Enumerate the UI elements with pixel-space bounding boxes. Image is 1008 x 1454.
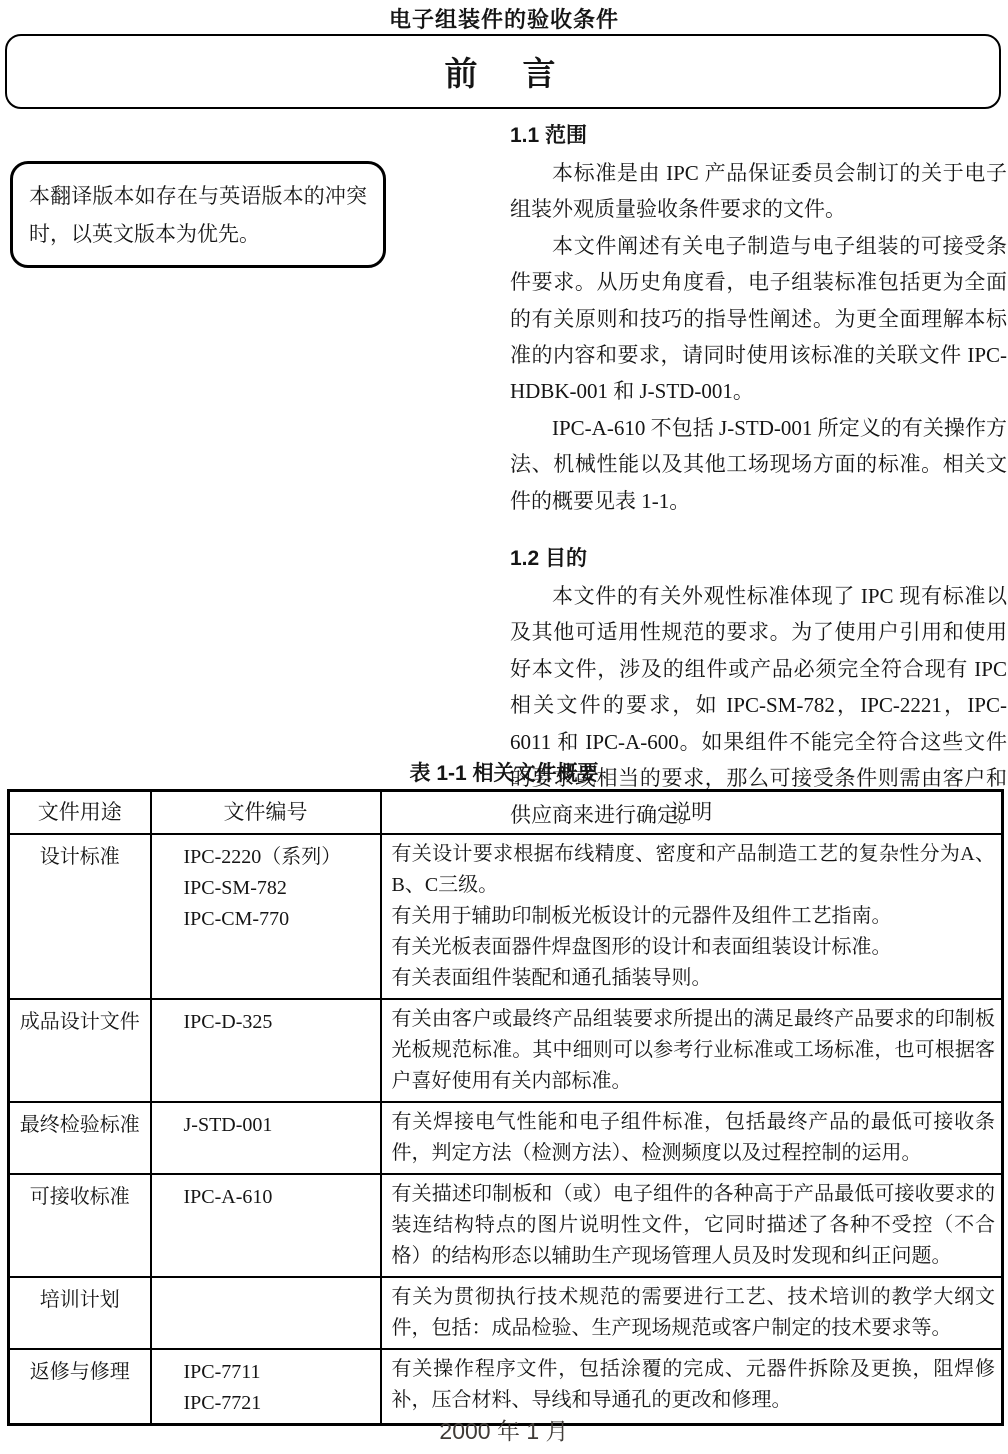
table-row: 可接收标准 IPC-A-610 有关描述印制板和（或）电子组件的各种高于产品最低… (9, 1174, 1003, 1277)
cell-usage: 培训计划 (9, 1277, 151, 1349)
table-caption: 表 1-1 相关文件概要 (0, 757, 1008, 787)
table-row: 培训计划 有关为贯彻执行技术规范的需要进行工艺、技术培训的教学大纲文件，包括：成… (9, 1277, 1003, 1349)
cell-usage: 成品设计文件 (9, 999, 151, 1102)
cell-number: IPC-A-610 (151, 1174, 381, 1277)
main-text-column: 1.1 范围 本标准是由 IPC 产品保证委员会制订的关于电子组装外观质量验收条… (510, 121, 1007, 833)
cell-description: 有关焊接电气性能和电子组件标准，包括最终产品的最低可接收条件，判定方法（检测方法… (381, 1102, 1003, 1174)
header-usage: 文件用途 (9, 791, 151, 835)
footer-date: 2000 年 1 月 (0, 1413, 1008, 1446)
cell-description: 有关由客户或最终产品组装要求所提出的满足最终产品要求的印制板光板规范标准。其中细… (381, 999, 1003, 1102)
preface-title: 前 言 (445, 48, 562, 95)
table-row: 最终检验标准 J-STD-001 有关焊接电气性能和电子组件标准，包括最终产品的… (9, 1102, 1003, 1174)
preface-box: 前 言 (5, 34, 1001, 109)
cell-number: IPC-D-325 (151, 999, 381, 1102)
cell-number (151, 1277, 381, 1349)
section-heading-scope: 1.1 范围 (510, 121, 1007, 151)
scope-paragraph: 本标准是由 IPC 产品保证委员会制订的关于电子组装外观质量验收条件要求的文件。 (510, 155, 1007, 228)
translation-note-box: 本翻译版本如存在与英语版本的冲突时，以英文版本为优先。 (10, 161, 386, 268)
cell-usage: 设计标准 (9, 834, 151, 999)
cell-usage: 可接收标准 (9, 1174, 151, 1277)
cell-number: IPC-2220（系列） IPC-SM-782 IPC-CM-770 (151, 834, 381, 999)
scope-paragraph: 本文件阐述有关电子制造与电子组装的可接受条件要求。从历史角度看，电子组装标准包括… (510, 228, 1007, 410)
related-documents-table: 文件用途 文件编号 说明 设计标准 IPC-2220（系列） IPC-SM-78… (7, 789, 1004, 1426)
table-header-row: 文件用途 文件编号 说明 (9, 791, 1003, 835)
header-number: 文件编号 (151, 791, 381, 835)
section-heading-purpose: 1.2 目的 (510, 544, 1007, 574)
scope-paragraph: IPC-A-610 不包括 J-STD-001 所定义的有关操作方法、机械性能以… (510, 410, 1007, 519)
cell-description: 有关描述印制板和（或）电子组件的各种高于产品最低可接收要求的装连结构特点的图片说… (381, 1174, 1003, 1277)
table-row: 设计标准 IPC-2220（系列） IPC-SM-782 IPC-CM-770 … (9, 834, 1003, 999)
document-page: 电子组装件的验收条件 前 言 本翻译版本如存在与英语版本的冲突时，以英文版本为优… (0, 0, 1008, 1454)
cell-usage: 最终检验标准 (9, 1102, 151, 1174)
header-description: 说明 (381, 791, 1003, 835)
table-row: 成品设计文件 IPC-D-325 有关由客户或最终产品组装要求所提出的满足最终产… (9, 999, 1003, 1102)
cell-description: 有关设计要求根据布线精度、密度和产品制造工艺的复杂性分为A、B、C三级。 有关用… (381, 834, 1003, 999)
cell-number: J-STD-001 (151, 1102, 381, 1174)
translation-note-text: 本翻译版本如存在与英语版本的冲突时，以英文版本为优先。 (29, 184, 367, 246)
cell-description: 有关为贯彻执行技术规范的需要进行工艺、技术培训的教学大纲文件，包括：成品检验、生… (381, 1277, 1003, 1349)
document-title: 电子组装件的验收条件 (0, 3, 1008, 34)
